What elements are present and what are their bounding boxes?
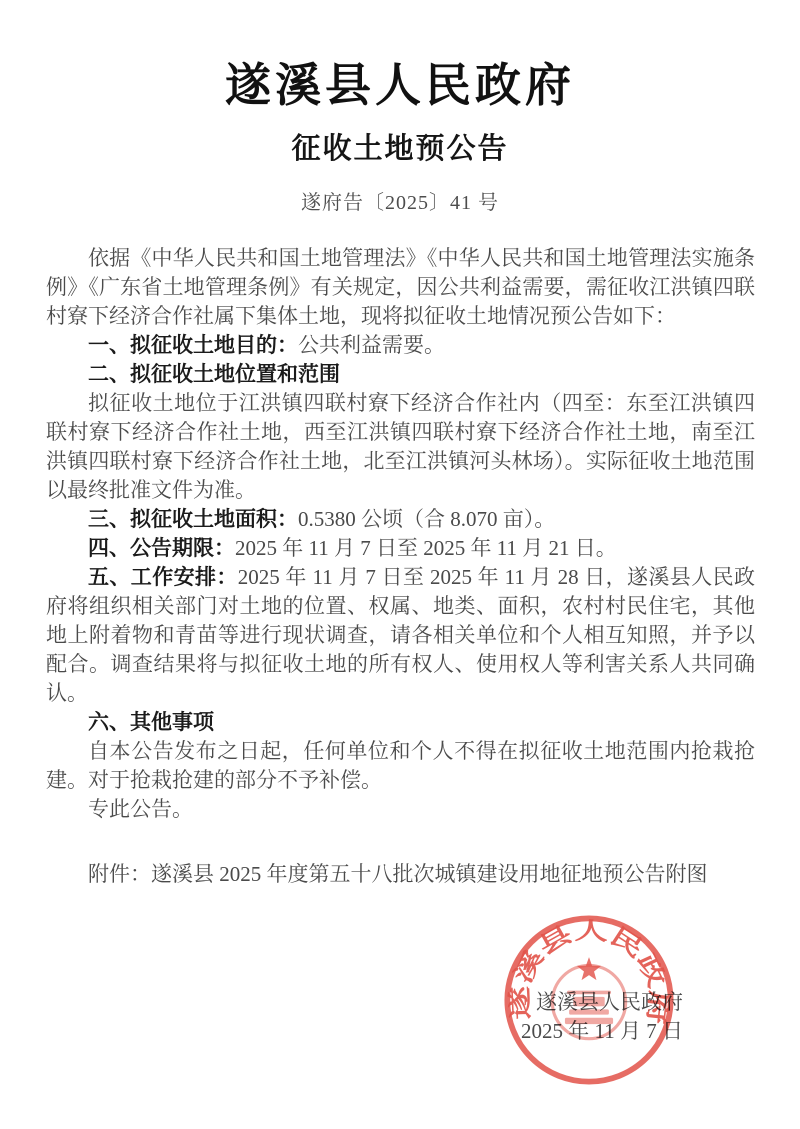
document-body: 依据《中华人民共和国土地管理法》《中华人民共和国土地管理法实施条例》《广东省土地… <box>46 244 755 889</box>
signature-issuer: 遂溪县人民政府 <box>521 988 683 1017</box>
section-6-text: 自本公告发布之日起，任何单位和个人不得在拟征收土地范围内抢栽抢建。对于抢栽抢建的… <box>46 737 755 795</box>
attachment-line: 附件：遂溪县 2025 年度第五十八批次城镇建设用地征地预公告附图 <box>46 860 755 889</box>
section-2-text: 拟征收土地位于江洪镇四联村寮下经济合作社内（四至：东至江洪镇四联村寮下经济合作社… <box>46 389 755 505</box>
seal-star-icon <box>577 957 601 980</box>
section-4: 四、公告期限：2025 年 11 月 7 日至 2025 年 11 月 21 日… <box>46 534 755 563</box>
document-number: 遂府告〔2025〕41 号 <box>0 190 800 216</box>
section-3-heading: 三、拟征收土地面积： <box>88 508 298 531</box>
section-5: 五、工作安排：2025 年 11 月 7 日至 2025 年 11 月 28 日… <box>46 563 755 708</box>
section-6-heading-line: 六、其他事项 <box>46 708 755 737</box>
closing-line: 专此公告。 <box>46 795 755 824</box>
section-2-heading-line: 二、拟征收土地位置和范围 <box>46 360 755 389</box>
document-title: 遂溪县人民政府 <box>0 56 800 114</box>
section-5-heading: 五、工作安排： <box>88 566 238 589</box>
section-1-heading: 一、拟征收土地目的： <box>88 334 298 357</box>
section-2-heading: 二、拟征收土地位置和范围 <box>88 363 340 386</box>
section-3: 三、拟征收土地面积：0.5380 公顷（合 8.070 亩）。 <box>46 505 755 534</box>
section-1-text: 公共利益需要。 <box>298 333 445 357</box>
document-subtitle: 征收土地预公告 <box>0 130 800 168</box>
section-1: 一、拟征收土地目的：公共利益需要。 <box>46 331 755 360</box>
section-3-text: 0.5380 公顷（合 8.070 亩）。 <box>298 507 555 531</box>
section-6-heading: 六、其他事项 <box>88 711 214 734</box>
section-4-text: 2025 年 11 月 7 日至 2025 年 11 月 21 日。 <box>235 536 617 560</box>
section-4-heading: 四、公告期限： <box>88 537 235 560</box>
signature-date: 2025 年 11 月 7 日 <box>521 1017 683 1046</box>
intro-paragraph: 依据《中华人民共和国土地管理法》《中华人民共和国土地管理法实施条例》《广东省土地… <box>46 244 755 331</box>
signature-block: 遂溪县人民政府 2025 年 11 月 7 日 <box>521 988 683 1046</box>
document-page: 遂溪县人民政府 征收土地预公告 遂府告〔2025〕41 号 依据《中华人民共和国… <box>0 0 800 1129</box>
